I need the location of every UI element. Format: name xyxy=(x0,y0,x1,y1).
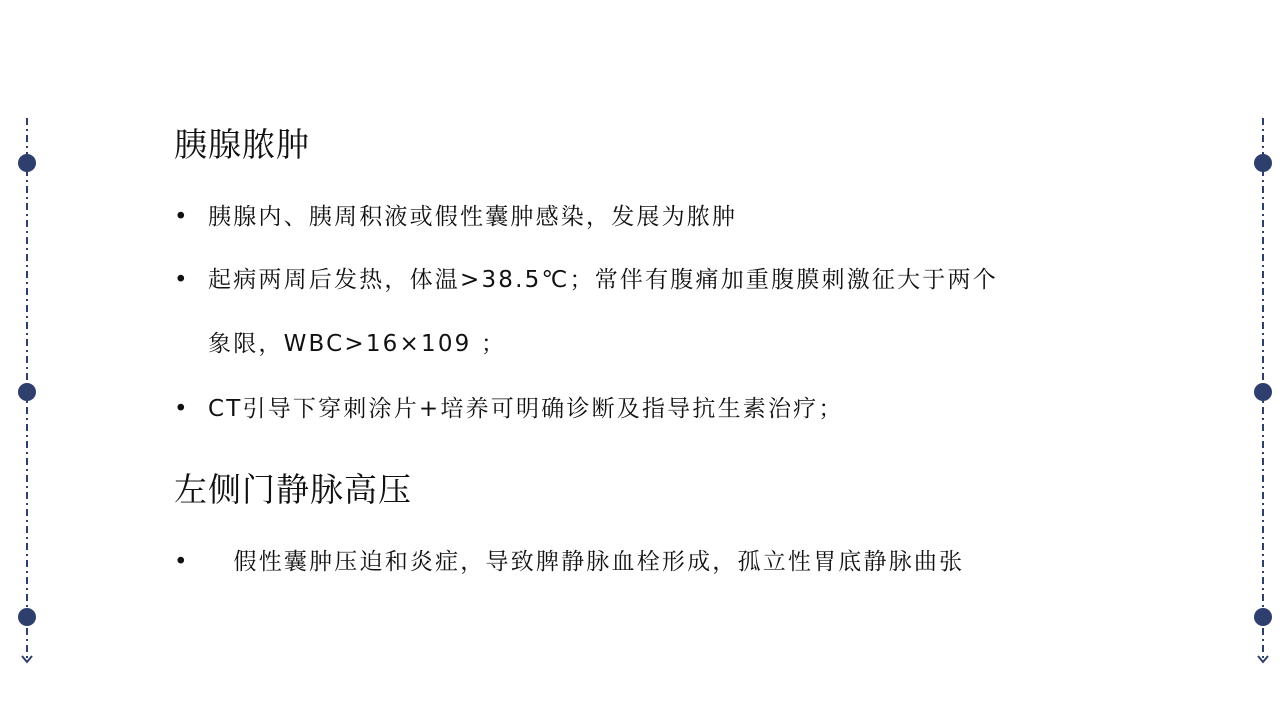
bullet-icon: • xyxy=(174,267,208,293)
section-heading-left-portal-hypertension: 左侧门静脉高压 xyxy=(174,464,412,511)
bullet-text: 起病两周后发热，体温>38.5℃；常伴有腹痛加重腹膜刺激征大于两个 xyxy=(208,267,998,293)
bullet-text: 假性囊肿压迫和炎症，导致脾静脉血栓形成，孤立性胃底静脉曲张 xyxy=(208,549,964,575)
left-timeline-decoration xyxy=(25,118,29,664)
bullet-icon: • xyxy=(174,549,208,575)
bullet-item: • 假性囊肿压迫和炎症，导致脾静脉血栓形成，孤立性胃底静脉曲张 xyxy=(174,543,964,576)
bullet-text: CT引导下穿刺涂片+培养可明确诊断及指导抗生素治疗； xyxy=(208,396,844,422)
bullet-item: •CT引导下穿刺涂片+培养可明确诊断及指导抗生素治疗； xyxy=(174,390,844,423)
bullet-item: •起病两周后发热，体温>38.5℃；常伴有腹痛加重腹膜刺激征大于两个 xyxy=(174,261,998,294)
right-timeline-decoration xyxy=(1261,118,1265,664)
timeline-rail-icon xyxy=(25,118,29,664)
section-heading-pancreatic-abscess: 胰腺脓肿 xyxy=(174,119,310,166)
timeline-rail-icon xyxy=(1261,118,1265,664)
bullet-icon: • xyxy=(174,396,208,422)
bullet-text: 胰腺内、胰周积液或假性囊肿感染，发展为脓肿 xyxy=(208,204,737,230)
bullet-continuation-text: 象限，WBC>16×109 ； xyxy=(208,325,506,358)
bullet-icon: • xyxy=(174,204,208,230)
bullet-item: •胰腺内、胰周积液或假性囊肿感染，发展为脓肿 xyxy=(174,198,737,231)
